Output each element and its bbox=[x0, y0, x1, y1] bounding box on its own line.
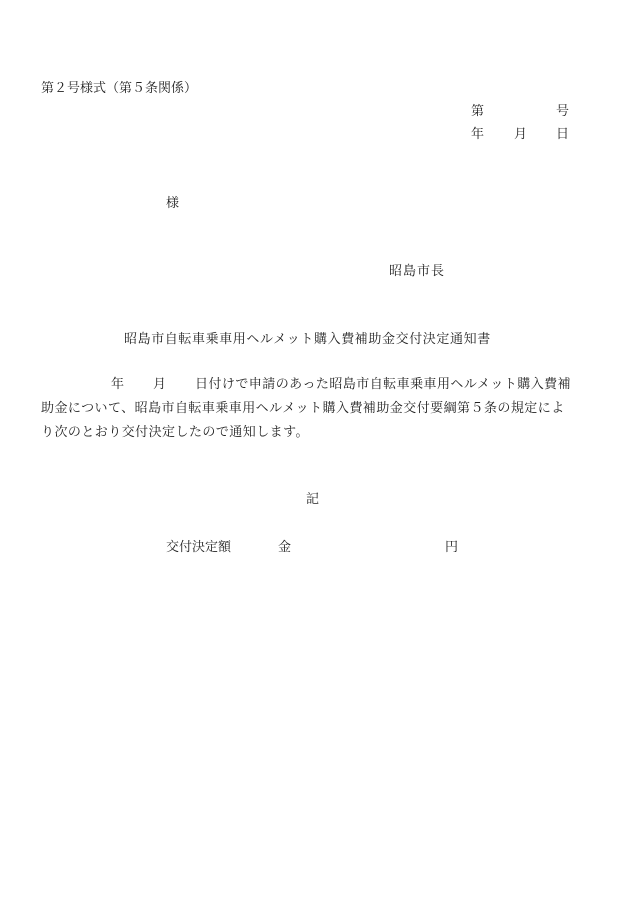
amount-prefix: 金 bbox=[278, 541, 291, 554]
issue-date-month: 月 bbox=[514, 128, 527, 141]
issue-date-year: 年 bbox=[471, 128, 484, 141]
document-number-prefix: 第 bbox=[471, 105, 484, 118]
addressee-honorific: 様 bbox=[166, 197, 179, 210]
issue-date-day: 日 bbox=[556, 128, 569, 141]
body-line-2: 助金について、昭島市自転車乗車用ヘルメット購入費補助金交付要綱第５条の規定によ bbox=[41, 402, 565, 415]
amount-label: 交付決定額 bbox=[166, 541, 231, 554]
sender-name: 昭島市長 bbox=[389, 265, 445, 278]
document-title: 昭島市自転車乗車用ヘルメット購入費補助金交付決定通知書 bbox=[124, 333, 491, 346]
body-date-month: 月 bbox=[153, 378, 166, 391]
ki-heading: 記 bbox=[306, 493, 319, 506]
amount-unit: 円 bbox=[445, 541, 458, 554]
body-date-year: 年 bbox=[111, 378, 124, 391]
document-number-suffix: 号 bbox=[556, 105, 569, 118]
form-label: 第２号様式（第５条関係） bbox=[41, 82, 197, 95]
body-line-1-text: 日付けで申請のあった昭島市自転車乗車用ヘルメット購入費補 bbox=[195, 378, 571, 391]
body-line-3: り次のとおり交付決定したので通知します。 bbox=[41, 426, 309, 439]
